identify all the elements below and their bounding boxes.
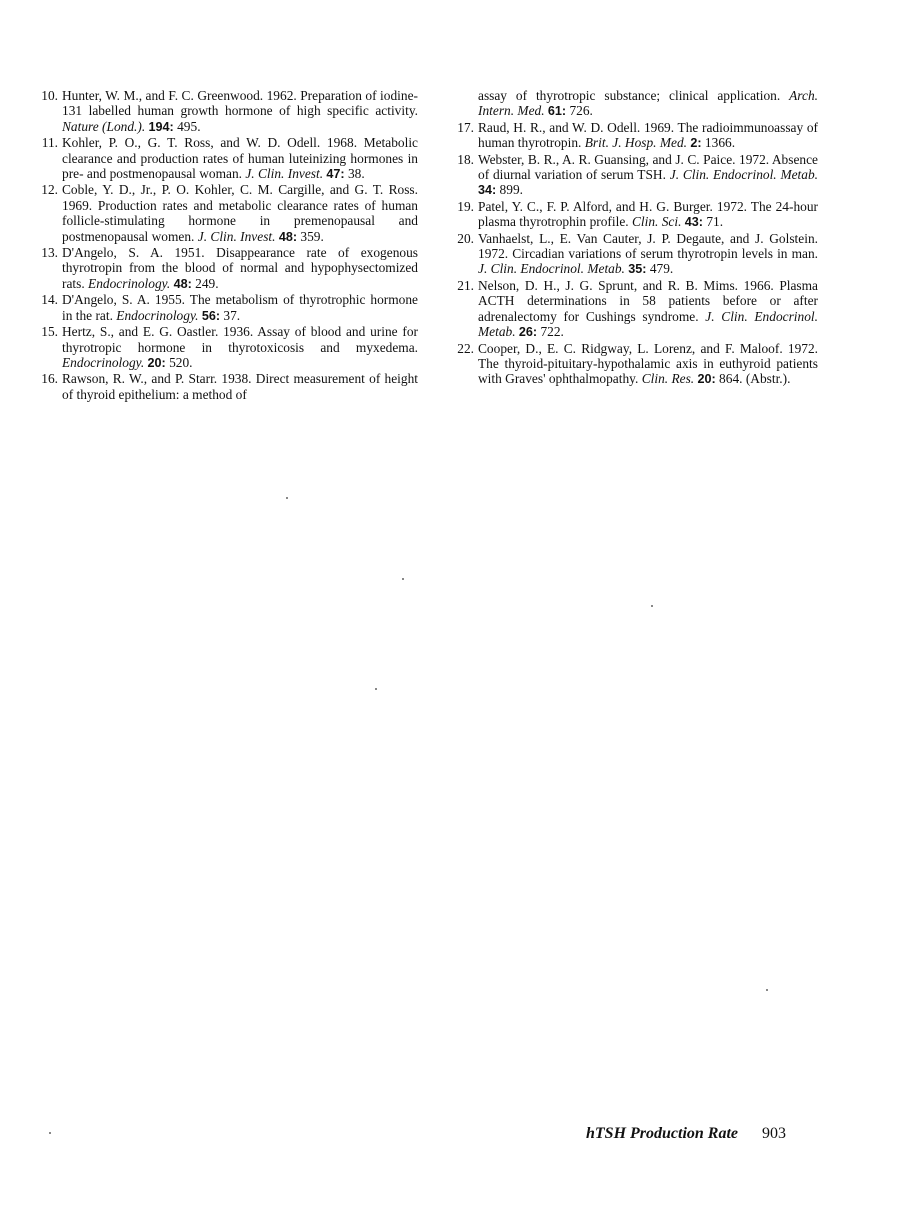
- reference-entry: 17.Raud, H. R., and W. D. Odell. 1969. T…: [446, 120, 818, 152]
- journal-name: Endocrinology.: [88, 276, 174, 291]
- pages: 520.: [166, 355, 193, 370]
- volume: 20:: [698, 372, 716, 386]
- reference-number: 15.: [30, 324, 58, 339]
- reference-entry: 15.Hertz, S., and E. G. Oastler. 1936. A…: [30, 324, 418, 371]
- reference-entry: 14.D'Angelo, S. A. 1955. The metabolism …: [30, 292, 418, 324]
- pages: 899.: [496, 182, 523, 197]
- page-footer: hTSH Production Rate 903: [586, 1125, 738, 1143]
- reference-entry: 21.Nelson, D. H., J. G. Sprunt, and R. B…: [446, 278, 818, 341]
- reference-number: 19.: [446, 199, 474, 214]
- reference-entry: 20.Vanhaelst, L., E. Van Cauter, J. P. D…: [446, 231, 818, 278]
- pages: 37.: [220, 308, 240, 323]
- reference-entry: 10.Hunter, W. M., and F. C. Greenwood. 1…: [30, 88, 418, 135]
- reference-entry: 19.Patel, Y. C., F. P. Alford, and H. G.…: [446, 199, 818, 231]
- volume: 2:: [690, 136, 701, 150]
- reference-text: assay of thyrotropic substance; clinical…: [478, 88, 789, 103]
- scan-speck: [49, 1132, 51, 1134]
- reference-text: Vanhaelst, L., E. Van Cauter, J. P. Dega…: [478, 231, 818, 261]
- reference-entry: 13.D'Angelo, S. A. 1951. Disappearance r…: [30, 245, 418, 292]
- reference-entry: 11.Kohler, P. O., G. T. Ross, and W. D. …: [30, 135, 418, 182]
- reference-text: Hertz, S., and E. G. Oastler. 1936. Assa…: [62, 324, 418, 354]
- journal-name: Brit. J. Hosp. Med.: [585, 135, 691, 150]
- pages: 495.: [174, 119, 201, 134]
- reference-entry: assay of thyrotropic substance; clinical…: [446, 88, 818, 120]
- scan-speck: [651, 605, 653, 607]
- reference-number: 21.: [446, 278, 474, 293]
- pages: 722.: [537, 324, 564, 339]
- reference-entry: 22.Cooper, D., E. C. Ridgway, L. Lorenz,…: [446, 341, 818, 388]
- pages: 249.: [192, 276, 219, 291]
- reference-number: 18.: [446, 152, 474, 167]
- volume: 194:: [149, 120, 174, 134]
- journal-name: J. Clin. In­vest.: [198, 229, 279, 244]
- pages: 38.: [345, 166, 365, 181]
- reference-text: Hunter, W. M., and F. C. Greenwood. 1962…: [62, 88, 418, 118]
- reference-number: 11.: [30, 135, 58, 150]
- reference-entry: 16.Rawson, R. W., and P. Starr. 1938. Di…: [30, 371, 418, 402]
- pages: 359.: [297, 229, 324, 244]
- pages: 864. (Abstr.).: [716, 371, 791, 386]
- volume: 48:: [174, 277, 192, 291]
- volume: 34:: [478, 183, 496, 197]
- volume: 56:: [202, 309, 220, 323]
- reference-number: 16.: [30, 371, 58, 386]
- reference-number: 17.: [446, 120, 474, 135]
- reference-number: 10.: [30, 88, 58, 103]
- reference-text: Rawson, R. W., and P. Starr. 1938. Direc…: [62, 371, 418, 401]
- volume: 43:: [685, 215, 703, 229]
- journal-name: Clin. Res.: [642, 371, 698, 386]
- journal-name: J. Clin. Invest.: [245, 166, 326, 181]
- reference-number: 20.: [446, 231, 474, 246]
- pages: 726.: [566, 103, 593, 118]
- pages: 1366.: [702, 135, 735, 150]
- journal-name: J. Clin. Endocrinol. Metab.: [478, 261, 628, 276]
- volume: 26:: [519, 325, 537, 339]
- journal-name: Nature (Lond.).: [62, 119, 149, 134]
- journal-name: J. Clin. Endocrinol. Metab.: [670, 167, 818, 182]
- journal-name: Clin. Sci.: [632, 214, 685, 229]
- scan-speck: [286, 497, 288, 499]
- reference-number: 13.: [30, 245, 58, 260]
- scan-speck: [766, 989, 768, 991]
- reference-number: 14.: [30, 292, 58, 307]
- pages: 479.: [646, 261, 673, 276]
- references-right-column: assay of thyrotropic substance; clinical…: [446, 88, 818, 388]
- volume: 61:: [548, 104, 566, 118]
- volume: 20:: [148, 356, 166, 370]
- journal-name: Endocrinology.: [116, 308, 202, 323]
- scan-speck: [402, 578, 404, 580]
- journal-name: Endocrinology.: [62, 355, 148, 370]
- reference-entry: 18.Webster, B. R., A. R. Guansing, and J…: [446, 152, 818, 199]
- reference-number: 12.: [30, 182, 58, 197]
- volume: 47:: [326, 167, 344, 181]
- pages: 71.: [703, 214, 723, 229]
- page-number: 903: [762, 1125, 786, 1143]
- scan-speck: [375, 688, 377, 690]
- volume: 48:: [279, 230, 297, 244]
- volume: 35:: [628, 262, 646, 276]
- running-title: hTSH Production Rate: [586, 1125, 738, 1142]
- reference-number: 22.: [446, 341, 474, 356]
- reference-entry: 12.Coble, Y. D., Jr., P. O. Kohler, C. M…: [30, 182, 418, 245]
- references-left-column: 10.Hunter, W. M., and F. C. Greenwood. 1…: [30, 88, 418, 402]
